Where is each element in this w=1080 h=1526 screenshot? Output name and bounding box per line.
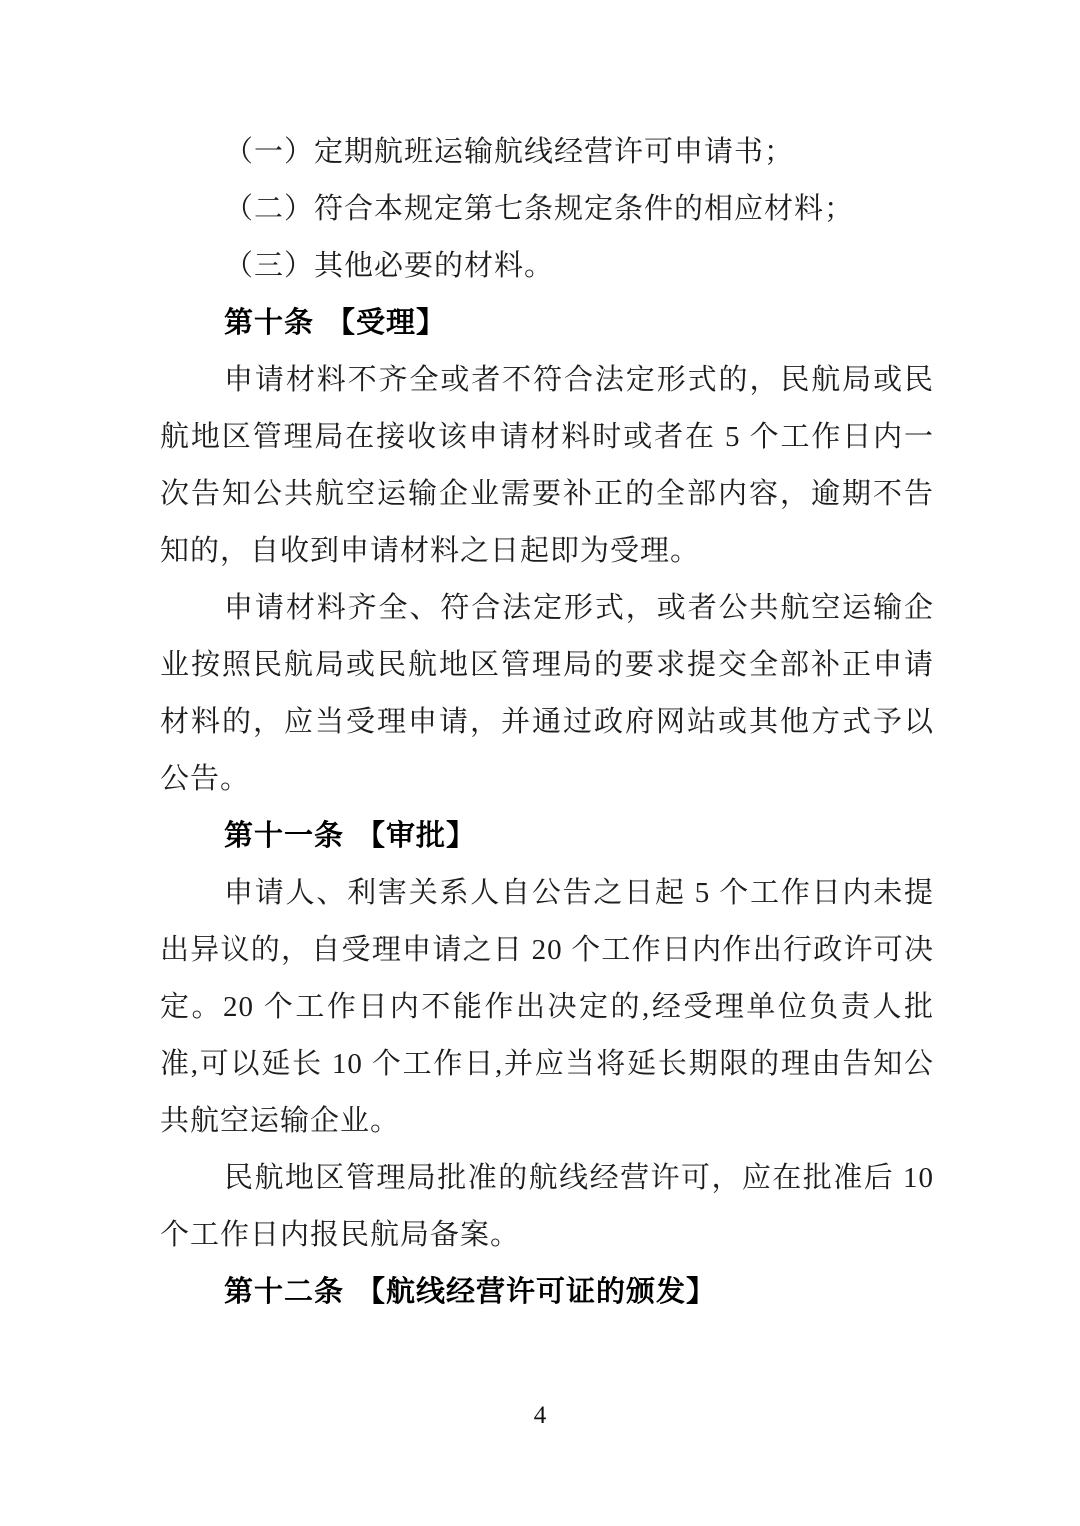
article-title: 【受理】 [326,307,446,339]
paragraph: 申请材料齐全、符合法定形式，或者公共航空运输企业按照民航局或民航地区管理局的要求… [160,580,934,808]
paragraph: 申请材料不齐全或者不符合法定形式的，民航局或民航地区管理局在接收该申请材料时或者… [160,352,934,580]
page-number: 4 [534,1402,547,1429]
section-heading-article-10: 第十条【受理】 [160,295,934,352]
article-title: 【审批】 [356,820,476,852]
document-body: （一）定期航班运输航线经营许可申请书； （二）符合本规定第七条规定条件的相应材料… [160,124,934,1321]
article-title: 【航线经营许可证的颁发】 [356,1276,716,1308]
page-footer: 4 [0,1400,1080,1432]
paragraph: 申请人、利害关系人自公告之日起 5 个工作日内未提出异议的，自受理申请之日 20… [160,865,934,1150]
paragraph: 民航地区管理局批准的航线经营许可，应在批准后 10 个工作日内报民航局备案。 [160,1150,934,1264]
article-number: 第十条 [224,307,314,339]
list-item: （二）符合本规定第七条规定条件的相应材料； [160,181,934,238]
article-number: 第十一条 [224,820,344,852]
section-heading-article-11: 第十一条【审批】 [160,808,934,865]
section-heading-article-12: 第十二条【航线经营许可证的颁发】 [160,1264,934,1321]
list-item: （一）定期航班运输航线经营许可申请书； [160,124,934,181]
list-item: （三）其他必要的材料。 [160,238,934,295]
article-number: 第十二条 [224,1276,344,1308]
document-page: （一）定期航班运输航线经营许可申请书； （二）符合本规定第七条规定条件的相应材料… [0,0,1080,1526]
